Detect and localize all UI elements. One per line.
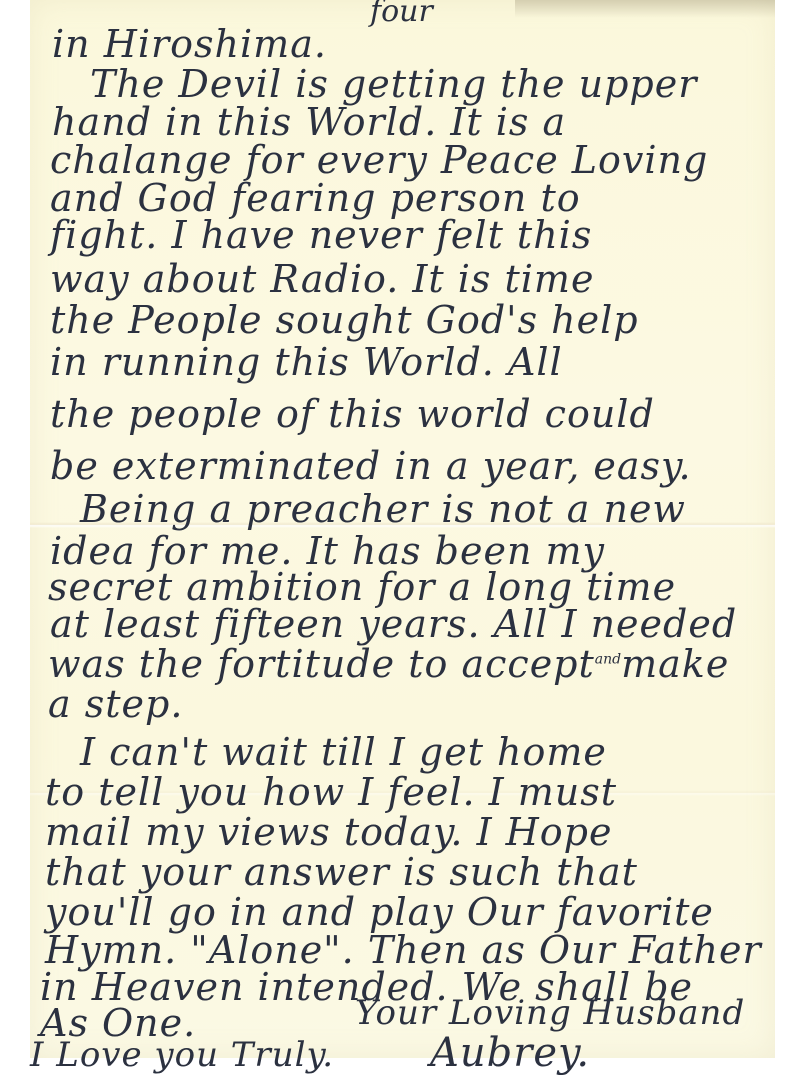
letter-line: was the fortitude to acceptandmake <box>48 642 729 686</box>
letter-line: in Hiroshima. <box>52 22 327 66</box>
letter-line: way about Radio. It is time <box>50 257 594 301</box>
line-text: was the fortitude to accept <box>48 642 595 686</box>
inserted-word: and <box>595 651 621 667</box>
closing: Your Loving Husband <box>355 993 745 1033</box>
postscript: I Love you Truly. <box>30 1035 334 1070</box>
page-number: four <box>370 0 433 29</box>
letter-line: be exterminated in a year, easy. <box>50 444 692 488</box>
letter-line: fight. I have never felt this <box>50 213 592 257</box>
letter-line: that your answer is such that <box>45 850 638 894</box>
signature: Aubrey. <box>430 1030 590 1070</box>
letter-line: in running this World. All <box>50 340 563 384</box>
letter-line: Being a preacher is not a new <box>80 487 686 531</box>
letter-line: a step. <box>48 682 183 726</box>
line-text: make <box>621 642 729 686</box>
paper-shadow <box>515 0 775 18</box>
letter-line: the People sought God's help <box>50 298 639 342</box>
letter-line: to tell you how I feel. I must <box>45 770 617 814</box>
letter-line: I can't wait till I get home <box>80 730 607 774</box>
letter-line: the people of this world could <box>50 392 655 436</box>
letter-line: mail my views today. I Hope <box>45 810 613 854</box>
letter-page: four in Hiroshima. The Devil is getting … <box>30 0 775 1058</box>
letter-line: at least fifteen years. All I needed <box>50 602 737 646</box>
